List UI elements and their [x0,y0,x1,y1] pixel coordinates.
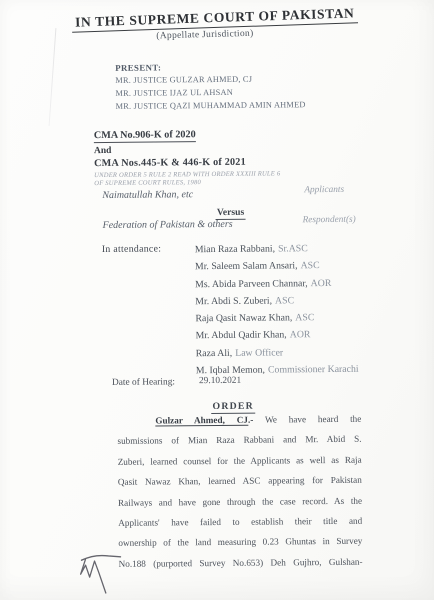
applicant-party-label: Applicants [304,185,344,195]
attendee-name: Raza Ali, [196,348,233,359]
case-number-secondary: CMA Nos.445-K & 446-K of 2021 [94,156,280,169]
present-label: PRESENT: [115,61,305,73]
attendee-role: ASC [301,260,320,271]
order-opening-text: We have heard the [265,414,361,425]
hearing-date-value: 29.10.2021 [199,376,241,386]
attendee-name: Mr. Abdi S. Zuberi, [195,295,272,307]
attendee-role: Sr.ASC [278,243,308,254]
attendee-row: Mr. Abdi S. Zuberi,ASC [195,292,358,311]
author-suffix: .- [248,415,253,425]
handwritten-paraph-mark-icon [74,546,132,599]
applicant-name: Naimatullah Khan, etc [102,189,193,201]
attendee-role: Law Officer [235,347,283,358]
court-order-page: IN THE SUPREME COURT OF PAKISTAN (Appell… [0,0,434,600]
respondent-party-label: Respondent(s) [303,215,356,225]
document-content: IN THE SUPREME COURT OF PAKISTAN (Appell… [0,0,434,600]
attendee-row: Raza Ali,Law Officer [196,344,359,363]
bench-present-block: PRESENT: MR. JUSTICE GULZAR AHMED, CJ MR… [115,61,305,113]
order-body-line: Applicants' have failed to establish the… [118,511,362,534]
attendee-list: Mian Raza Rabbani,Sr.ASC Mr. Saleem Sala… [195,240,359,380]
attendee-name: Raja Qasit Nawaz Khan, [195,313,292,325]
attendee-role: ASC [275,295,294,306]
order-body: Gulzar Ahmed, CJ.- We have heard the sub… [117,409,362,574]
order-body-line: Qasit Nawaz Khan, learned ASC appearing … [118,470,362,493]
attendee-name: Ms. Abida Parveen Channar, [195,278,308,290]
attendee-row: Mr. Saleem Salam Ansari,ASC [195,257,358,276]
attendee-row: Raja Qasit Nawaz Khan,ASC [195,309,358,328]
versus-label: Versus [216,207,245,220]
order-body-line: Railways and have gone through the case … [118,490,362,513]
case-number-block: CMA No.906-K of 2020 And CMA Nos.445-K &… [94,123,281,188]
attendee-name: Mr. Abdul Qadir Khan, [196,330,287,342]
judge-name: MR. JUSTICE QAZI MUHAMMAD AMIN AHMED [116,99,306,114]
attendee-name: Mr. Saleem Salam Ansari, [195,261,298,273]
rule-reference-line: OF SUPREME COURT RULES, 1980 [94,179,280,189]
authoring-judge: Gulzar Ahmed, CJ [155,415,248,427]
attendee-role: Commissioner Karachi [268,364,359,376]
order-body-line: submissions of Mian Raza Rabbani and Mr.… [117,429,361,452]
case-number-conjunction: And [94,144,280,156]
attendee-role: ASC [295,312,314,323]
case-number-primary: CMA No.906-K of 2020 [94,129,196,142]
attendee-role: AOR [290,330,311,341]
order-body-line: No.188 (purported Survey No.653) Deh Guj… [118,551,362,574]
respondent-name: Federation of Pakistan & others [103,219,233,231]
attendee-row: Mr. Abdul Qadir Khan,AOR [196,326,359,345]
attendee-role: AOR [311,278,332,289]
order-body-line: Zuberi, learned counsel for the Applican… [118,450,362,473]
attendance-label: In attendance: [102,243,162,255]
order-body-line: ownership of the land measuring 0.23 Ghu… [118,531,362,554]
order-body-line: Gulzar Ahmed, CJ.- We have heard the [117,409,361,432]
hearing-date-label: Date of Hearing: [112,377,175,388]
attendee-name: Mian Raza Rabbani, [195,243,275,255]
attendee-name: M. Iqbal Memon, [196,365,265,377]
attendee-row: Ms. Abida Parveen Channar,AOR [195,274,358,293]
attendee-row: Mian Raza Rabbani,Sr.ASC [195,240,358,259]
